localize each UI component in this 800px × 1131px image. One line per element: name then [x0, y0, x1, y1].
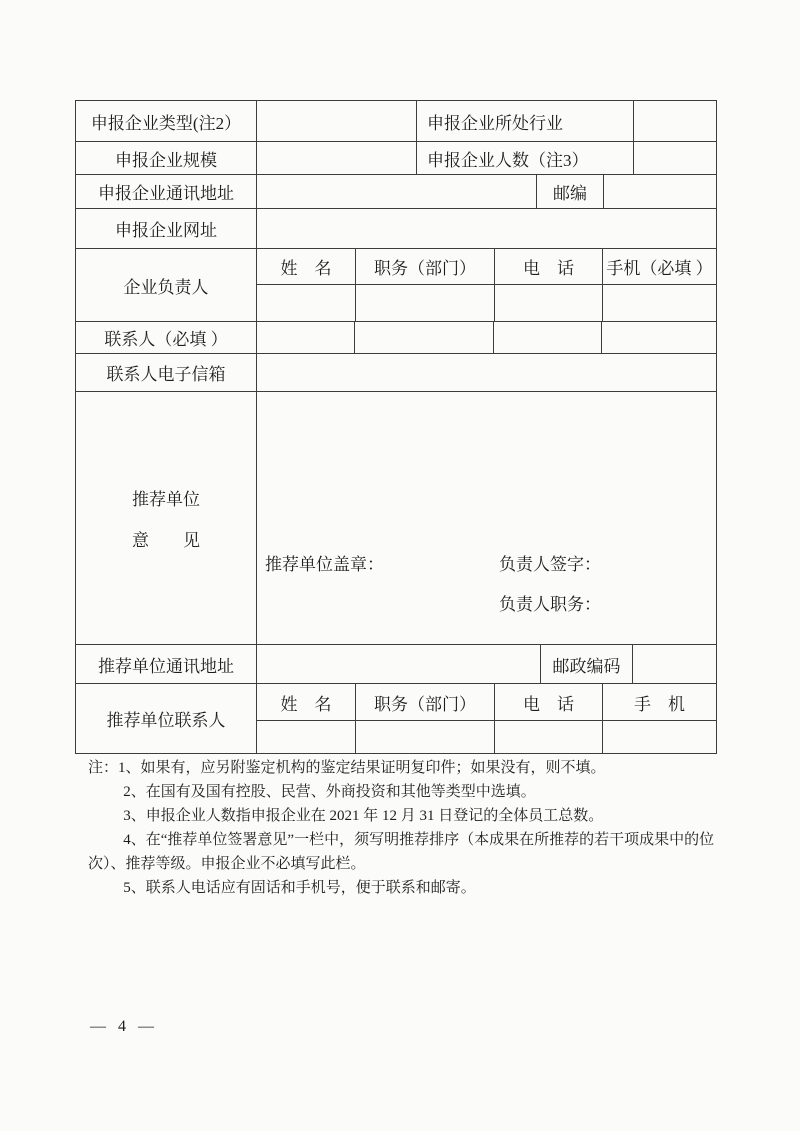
- postcode-label: 邮编: [536, 175, 603, 208]
- rec-address-label: 推荐单位通讯地址: [76, 645, 256, 683]
- row-manager: 企业负责人 姓 名 职务（部门） 电 话 手机（必填 ）: [76, 248, 716, 321]
- rec-header-name: 姓 名: [257, 684, 355, 720]
- company-size-label: 申报企业规模: [76, 142, 256, 174]
- contact-label: 联系人（必填 ）: [76, 322, 256, 353]
- note-line: 注：1、如果有，应另附鉴定机构的鉴定结果证明复印件；如果没有，则不填。: [88, 756, 722, 780]
- rec-header-title: 职务（部门）: [355, 684, 494, 720]
- row-rec-contact: 推荐单位联系人 姓 名 职务（部门） 电 话 手 机: [76, 683, 716, 753]
- rec-contact-title-cell: [355, 721, 494, 753]
- page-number: — 4 —: [90, 1018, 158, 1036]
- rec-postcode-value-cell: [632, 645, 716, 683]
- manager-mobile-cell: [602, 285, 716, 321]
- recommend-label-line1: 推荐单位: [132, 485, 200, 510]
- manager-subtable: 姓 名 职务（部门） 电 话 手机（必填 ）: [256, 249, 716, 321]
- row-rec-address: 推荐单位通讯地址 邮政编码: [76, 644, 716, 683]
- header-name: 姓 名: [257, 249, 355, 284]
- row-contact: 联系人（必填 ）: [76, 321, 716, 353]
- website-label: 申报企业网址: [76, 209, 256, 248]
- rec-address-value-cell: [256, 645, 540, 683]
- manager-phone-cell: [494, 285, 602, 321]
- rec-postcode-label: 邮政编码: [540, 645, 632, 683]
- header-title: 职务（部门）: [355, 249, 494, 284]
- company-type-value-cell: [256, 101, 416, 141]
- row-company-address: 申报企业通讯地址 邮编: [76, 174, 716, 208]
- scanned-form-page: 申报企业类型(注2） 申报企业所处行业 申报企业规模 申报企业人数（注3） 申报…: [0, 0, 800, 1131]
- company-address-label: 申报企业通讯地址: [76, 175, 256, 208]
- rec-person-header-row: 姓 名 职务（部门） 电 话 手 机: [257, 684, 716, 720]
- rec-contact-mobile-cell: [602, 721, 716, 753]
- rec-contact-value-row: [257, 720, 716, 753]
- company-address-value-cell: [256, 175, 536, 208]
- note-prefix: 注：: [88, 760, 118, 776]
- row-website: 申报企业网址: [76, 208, 716, 248]
- row-company-type: 申报企业类型(注2） 申报企业所处行业: [76, 101, 716, 141]
- note-2: 2、在国有及国有控股、民营、外商投资和其他等类型中选填。: [123, 784, 536, 800]
- headcount-value-cell: [633, 142, 716, 174]
- row-recommend-opinion: 推荐单位 意 见 推荐单位盖章： 负责人签字： 负责人职务：: [76, 391, 716, 644]
- application-form-table: 申报企业类型(注2） 申报企业所处行业 申报企业规模 申报企业人数（注3） 申报…: [75, 100, 717, 754]
- industry-label: 申报企业所处行业: [416, 101, 633, 141]
- rec-contact-name-cell: [257, 721, 355, 753]
- recommend-title-label: 负责人职务：: [499, 590, 601, 615]
- rec-contact-phone-cell: [494, 721, 602, 753]
- rec-contact-label: 推荐单位联系人: [76, 684, 256, 753]
- industry-value-cell: [633, 101, 716, 141]
- company-type-label: 申报企业类型(注2）: [76, 101, 256, 141]
- footnotes: 注：1、如果有，应另附鉴定机构的鉴定结果证明复印件；如果没有，则不填。 2、在国…: [88, 756, 722, 900]
- website-value-cell: [256, 209, 716, 248]
- company-size-value-cell: [256, 142, 416, 174]
- recommend-label-line2: 意 见: [132, 526, 200, 551]
- contact-mobile-cell: [601, 322, 716, 353]
- note-line: 2、在国有及国有控股、民营、外商投资和其他等类型中选填。: [88, 780, 722, 804]
- manager-value-row: [257, 284, 716, 321]
- recommend-sign-label: 负责人签字：: [499, 550, 601, 575]
- contact-title-cell: [354, 322, 493, 353]
- rec-header-phone: 电 话: [494, 684, 602, 720]
- note-5: 5、联系人电话应有固话和手机号，便于联系和邮寄。: [123, 880, 476, 896]
- headcount-label: 申报企业人数（注3）: [416, 142, 633, 174]
- person-header-row: 姓 名 职务（部门） 电 话 手机（必填 ）: [257, 249, 716, 284]
- contact-phone-cell: [493, 322, 601, 353]
- recommend-opinion-area: 推荐单位盖章： 负责人签字： 负责人职务：: [256, 392, 716, 644]
- header-mobile-required: 手机（必填 ）: [602, 249, 716, 284]
- note-4: 4、在“推荐单位签署意见”一栏中，须写明推荐排序（本成果在所推荐的若干项成果中的…: [88, 832, 714, 872]
- row-company-size: 申报企业规模 申报企业人数（注3）: [76, 141, 716, 174]
- manager-title-cell: [355, 285, 494, 321]
- note-1: 1、如果有，应另附鉴定机构的鉴定结果证明复印件；如果没有，则不填。: [118, 760, 606, 776]
- manager-name-cell: [257, 285, 355, 321]
- recommend-stamp-label: 推荐单位盖章：: [265, 550, 384, 575]
- recommend-opinion-label: 推荐单位 意 见: [76, 392, 256, 644]
- email-value-cell: [256, 354, 716, 391]
- rec-contact-subtable: 姓 名 职务（部门） 电 话 手 机: [256, 684, 716, 753]
- header-phone: 电 话: [494, 249, 602, 284]
- email-label: 联系人电子信箱: [76, 354, 256, 391]
- manager-label: 企业负责人: [76, 249, 256, 321]
- note-line: 4、在“推荐单位签署意见”一栏中，须写明推荐排序（本成果在所推荐的若干项成果中的…: [88, 828, 722, 876]
- postcode-value-cell: [603, 175, 716, 208]
- rec-header-mobile: 手 机: [602, 684, 716, 720]
- contact-name-cell: [256, 322, 354, 353]
- row-email: 联系人电子信箱: [76, 353, 716, 391]
- note-3: 3、申报企业人数指申报企业在 2021 年 12 月 31 日登记的全体员工总数…: [123, 808, 603, 824]
- note-line: 5、联系人电话应有固话和手机号，便于联系和邮寄。: [88, 876, 722, 900]
- note-line: 3、申报企业人数指申报企业在 2021 年 12 月 31 日登记的全体员工总数…: [88, 804, 722, 828]
